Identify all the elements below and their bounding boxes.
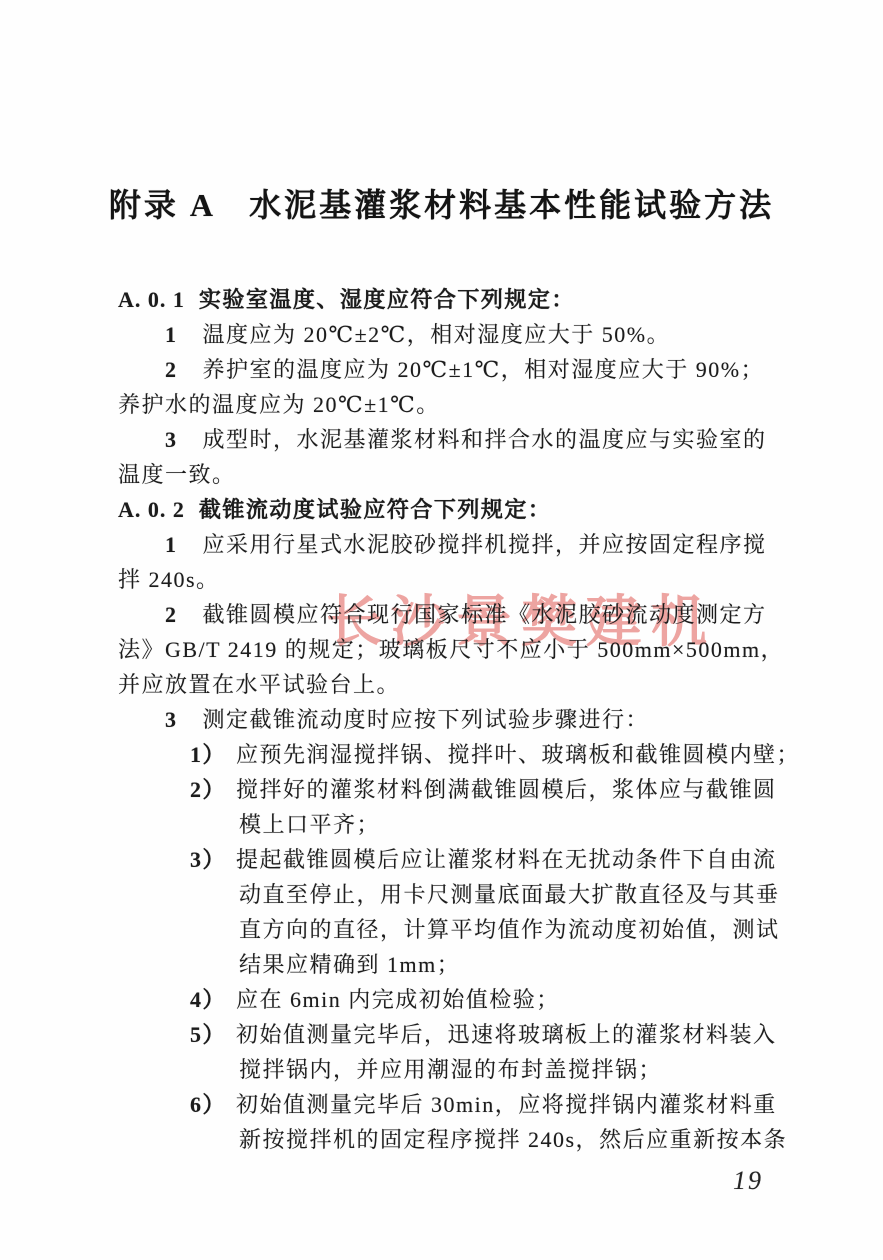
document-body: A. 0. 1实验室温度、湿度应符合下列规定：1温度应为 20℃±2℃，相对湿度… [0, 282, 883, 1157]
line-text: 截锥圆模应符合现行国家标准《水泥胶砂流动度测定方 [203, 602, 767, 627]
body-line: 新按搅拌机的固定程序搅拌 240s，然后应重新按本条 [118, 1122, 793, 1157]
line-text: 模上口平齐； [239, 812, 380, 837]
line-label: 2 [165, 602, 178, 627]
line-text: 搅拌锅内，并应用潮湿的布封盖搅拌锅； [239, 1057, 662, 1082]
line-label: 4） [190, 987, 226, 1012]
line-label: 6） [190, 1092, 226, 1117]
body-line: 2截锥圆模应符合现行国家标准《水泥胶砂流动度测定方 [118, 597, 793, 632]
line-text: 温度一致。 [118, 462, 236, 487]
body-line: 动直至停止，用卡尺测量底面最大扩散直径及与其垂 [118, 877, 793, 912]
line-label: 1 [165, 532, 178, 557]
line-label: 3 [165, 707, 178, 732]
body-line: 1应采用行星式水泥胶砂搅拌机搅拌，并应按固定程序搅 [118, 527, 793, 562]
body-line: 拌 240s。 [118, 562, 793, 597]
body-line: 模上口平齐； [118, 807, 793, 842]
body-line: 1温度应为 20℃±2℃，相对湿度应大于 50%。 [118, 317, 793, 352]
body-line: 法》GB/T 2419 的规定；玻璃板尺寸不应小于 500mm×500mm， [118, 632, 793, 667]
body-line: A. 0. 2截锥流动度试验应符合下列规定： [118, 492, 793, 527]
line-label: 1） [190, 742, 226, 767]
line-text: 截锥流动度试验应符合下列规定： [199, 497, 552, 522]
line-text: 动直至停止，用卡尺测量底面最大扩散直径及与其垂 [239, 882, 780, 907]
body-line: 5）初始值测量完毕后，迅速将玻璃板上的灌浆材料装入 [118, 1017, 793, 1052]
line-label: 2 [165, 357, 178, 382]
line-label: A. 0. 2 [118, 497, 185, 522]
line-text: 测定截锥流动度时应按下列试验步骤进行： [203, 707, 650, 732]
body-line: 直方向的直径，计算平均值作为流动度初始值，测试 [118, 912, 793, 947]
line-label: A. 0. 1 [118, 287, 185, 312]
body-line: 搅拌锅内，并应用潮湿的布封盖搅拌锅； [118, 1052, 793, 1087]
line-text: 新按搅拌机的固定程序搅拌 240s，然后应重新按本条 [239, 1127, 787, 1152]
line-text: 法》GB/T 2419 的规定；玻璃板尺寸不应小于 500mm×500mm， [118, 637, 784, 662]
body-line: 3）提起截锥圆模后应让灌浆材料在无扰动条件下自由流 [118, 842, 793, 877]
document-page: 长沙景樊建机 附录 A 水泥基灌浆材料基本性能试验方法 A. 0. 1实验室温度… [0, 0, 883, 1260]
line-text: 应采用行星式水泥胶砂搅拌机搅拌，并应按固定程序搅 [203, 532, 767, 557]
line-text: 养护室的温度应为 20℃±1℃，相对湿度应大于 90%； [203, 357, 765, 382]
line-text: 成型时，水泥基灌浆材料和拌合水的温度应与实验室的 [203, 427, 767, 452]
body-line: 并应放置在水平试验台上。 [118, 667, 793, 702]
line-label: 3 [165, 427, 178, 452]
body-line: 6）初始值测量完毕后 30min，应将搅拌锅内灌浆材料重 [118, 1087, 793, 1122]
line-text: 初始值测量完毕后，迅速将玻璃板上的灌浆材料装入 [236, 1022, 777, 1047]
body-line: 3测定截锥流动度时应按下列试验步骤进行： [118, 702, 793, 737]
line-label: 2） [190, 777, 226, 802]
body-line: 结果应精确到 1mm； [118, 947, 793, 982]
body-line: 2）搅拌好的灌浆材料倒满截锥圆模后，浆体应与截锥圆 [118, 772, 793, 807]
body-line: 3成型时，水泥基灌浆材料和拌合水的温度应与实验室的 [118, 422, 793, 457]
line-text: 提起截锥圆模后应让灌浆材料在无扰动条件下自由流 [236, 847, 777, 872]
body-line: 温度一致。 [118, 457, 793, 492]
line-text: 并应放置在水平试验台上。 [118, 672, 400, 697]
body-line: 4）应在 6min 内完成初始值检验； [118, 982, 793, 1017]
line-text: 应在 6min 内完成初始值检验； [236, 987, 560, 1012]
page-number: 19 [733, 1166, 763, 1196]
line-text: 应预先润湿搅拌锅、搅拌叶、玻璃板和截锥圆模内壁； [236, 742, 800, 767]
body-line: 养护水的温度应为 20℃±1℃。 [118, 387, 793, 422]
scan-content: 附录 A 水泥基灌浆材料基本性能试验方法 A. 0. 1实验室温度、湿度应符合下… [0, 186, 883, 1157]
line-label: 5） [190, 1022, 226, 1047]
line-text: 搅拌好的灌浆材料倒满截锥圆模后，浆体应与截锥圆 [236, 777, 777, 802]
page-title: 附录 A 水泥基灌浆材料基本性能试验方法 [0, 186, 883, 224]
line-text: 拌 240s。 [118, 567, 220, 592]
line-label: 1 [165, 322, 178, 347]
line-label: 3） [190, 847, 226, 872]
body-line: 2养护室的温度应为 20℃±1℃，相对湿度应大于 90%； [118, 352, 793, 387]
line-text: 结果应精确到 1mm； [239, 952, 460, 977]
body-line: A. 0. 1实验室温度、湿度应符合下列规定： [118, 282, 793, 317]
line-text: 养护水的温度应为 20℃±1℃。 [118, 392, 440, 417]
line-text: 初始值测量完毕后 30min，应将搅拌锅内灌浆材料重 [236, 1092, 777, 1117]
body-line: 1）应预先润湿搅拌锅、搅拌叶、玻璃板和截锥圆模内壁； [118, 737, 793, 772]
line-text: 直方向的直径，计算平均值作为流动度初始值，测试 [239, 917, 780, 942]
line-text: 温度应为 20℃±2℃，相对湿度应大于 50%。 [203, 322, 671, 347]
line-text: 实验室温度、湿度应符合下列规定： [199, 287, 575, 312]
